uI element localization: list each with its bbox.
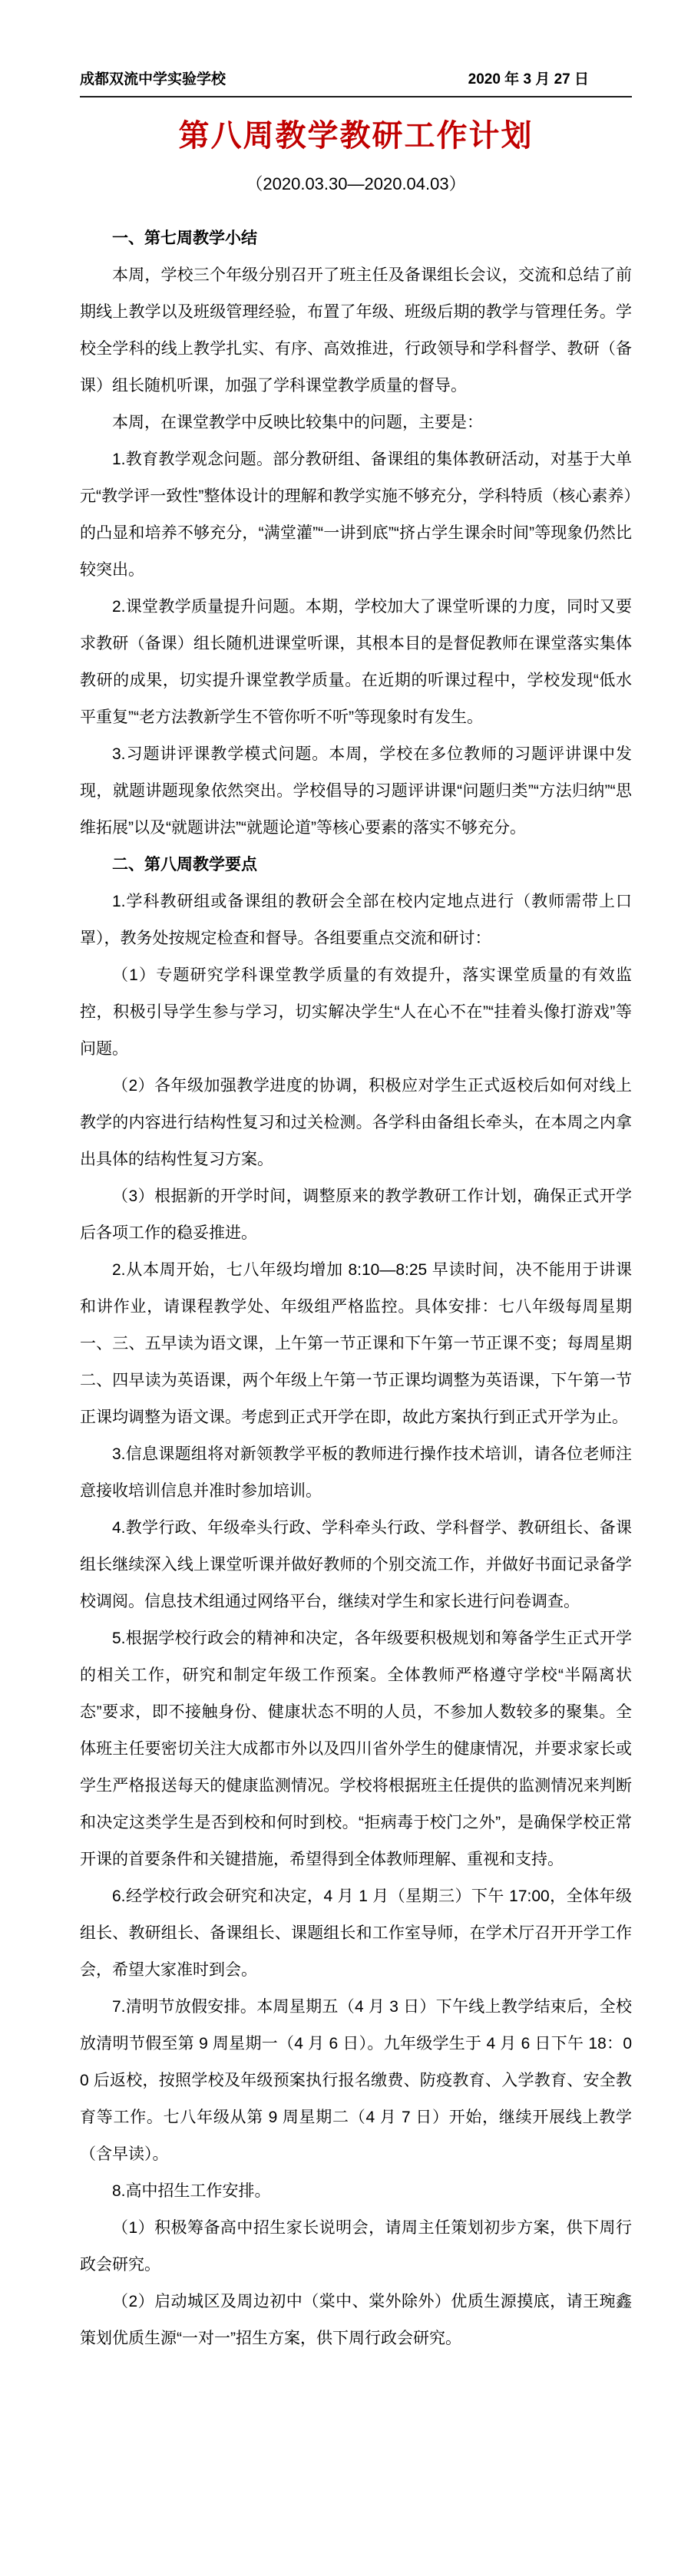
section2-paragraph-6: 3.信息课题组将对新领教学平板的教师进行操作技术培训，请各位老师注意接收培训信息…	[80, 1436, 632, 1510]
header-divider	[80, 96, 632, 97]
section1-paragraph-5: 3.习题讲评课教学模式问题。本周，学校在多位教师的习题评讲课中发现，就题讲题现象…	[80, 736, 632, 847]
section2-paragraph-11: 8.高中招生工作安排。	[80, 2173, 632, 2210]
section1-paragraph-3: 1.教育教学观念问题。部分教研组、备课组的集体教研活动，对基于大单元“教学评一致…	[80, 441, 632, 589]
section2-paragraph-9: 6.经学校行政会研究和决定，4 月 1 月（星期三）下午 17:00，全体年级组…	[80, 1878, 632, 1989]
section1-paragraph-2: 本周，在课堂教学中反映比较集中的问题，主要是：	[80, 405, 632, 441]
section2-paragraph-4: （3）根据新的开学时间，调整原来的教学教研工作计划，确保正式开学后各项工作的稳妥…	[80, 1178, 632, 1252]
section2-paragraph-8: 5.根据学校行政会的精神和决定，各年级要积极规划和筹备学生正式开学的相关工作，研…	[80, 1620, 632, 1878]
section2-paragraph-10: 7.清明节放假安排。本周星期五（4 月 3 日）下午线上教学结束后，全校放清明节…	[80, 1989, 632, 2173]
section2-paragraph-12: （1）积极筹备高中招生家长说明会，请周主任策划初步方案，供下周行政会研究。	[80, 2210, 632, 2284]
section2-paragraph-2: （1）专题研究学科课堂教学质量的有效提升，落实课堂质量的有效监控，积极引导学生参…	[80, 957, 632, 1068]
section2-paragraph-7: 4.教学行政、年级牵头行政、学科牵头行政、学科督学、教研组长、备课组长继续深入线…	[80, 1510, 632, 1620]
document-header: 成都双流中学实验学校 2020 年 3 月 27 日	[80, 71, 632, 90]
section2-paragraph-3: （2）各年级加强教学进度的协调，积极应对学生正式返校后如何对线上教学的内容进行结…	[80, 1068, 632, 1178]
section2-paragraph-13: （2）启动城区及周边初中（棠中、棠外除外）优质生源摸底，请王琬鑫策划优质生源“一…	[80, 2284, 632, 2357]
section2-paragraph-5: 2.从本周开始，七八年级均增加 8:10—8:25 早读时间，决不能用于讲课和讲…	[80, 1252, 632, 1436]
section1-paragraph-1: 本周，学校三个年级分别召开了班主任及备课组长会议，交流和总结了前期线上教学以及班…	[80, 257, 632, 405]
school-name: 成都双流中学实验学校	[80, 71, 226, 90]
section-1-heading: 一、第七周教学小结	[80, 220, 632, 257]
document-subtitle: （2020.03.30—2020.04.03）	[80, 174, 632, 194]
section-2-heading: 二、第八周教学要点	[80, 847, 632, 883]
section2-paragraph-1: 1.学科教研组或备课组的教研会全部在校内定地点进行（教师需带上口罩），教务处按规…	[80, 883, 632, 957]
header-date: 2020 年 3 月 27 日	[468, 71, 589, 90]
document-body: 一、第七周教学小结 本周，学校三个年级分别召开了班主任及备课组长会议，交流和总结…	[80, 220, 632, 2357]
section1-paragraph-4: 2.课堂教学质量提升问题。本期，学校加大了课堂听课的力度，同时又要求教研（备课）…	[80, 589, 632, 736]
document-page: 成都双流中学实验学校 2020 年 3 月 27 日 第八周教学教研工作计划 （…	[0, 0, 691, 2576]
document-title: 第八周教学教研工作计划	[80, 117, 632, 154]
